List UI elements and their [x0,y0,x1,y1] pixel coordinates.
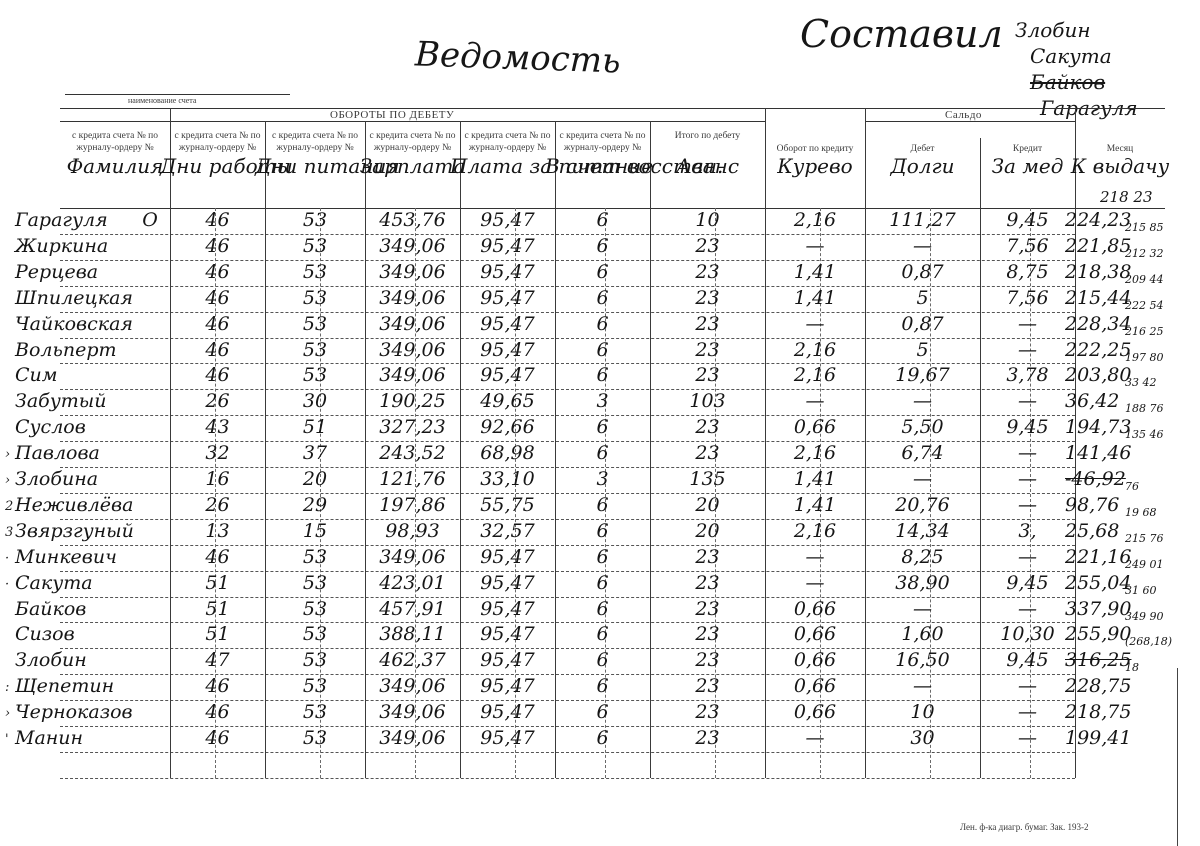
payout-margin-note: 188 76 [1125,402,1164,415]
column-printed-label-advance: Итого по дебету [650,130,765,142]
row-flag: О [140,209,160,231]
cell-account: 6 [555,364,650,386]
cell-mealdays: 53 [265,339,365,361]
cell-debit: — [865,390,980,412]
cell-tobacco: 1,41 [765,287,865,309]
cell-mealdays: 53 [265,675,365,697]
cell-tobacco: — [765,727,865,749]
cell-salary: 349,06 [365,546,460,568]
employee-name: Сим [15,364,58,386]
cell-tobacco: 2,16 [765,339,865,361]
employee-name: Сакута [15,572,93,594]
cell-salary: 349,06 [365,727,460,749]
cell-workdays: 51 [170,572,265,594]
cell-meal_fee: 95,47 [460,339,555,361]
balance-group-title: Сальдо [945,109,982,121]
cell-workdays: 51 [170,598,265,620]
cell-workdays: 32 [170,442,265,464]
cell-salary: 423,01 [365,572,460,594]
row-margin-mark: ' [5,732,9,747]
cell-debit: 16,50 [865,649,980,671]
cell-debit: 30 [865,727,980,749]
cell-advance: 23 [650,287,765,309]
cell-salary: 349,06 [365,287,460,309]
column-printed-label-account: с кредита счета № по журналу-ордеру № [555,130,650,154]
employee-name: Байков [15,598,86,620]
cell-credit: — [980,727,1075,749]
cell-tobacco: — [765,313,865,335]
cell-advance: 103 [650,390,765,412]
cell-mealdays: 37 [265,442,365,464]
cell-credit: 7,56 [980,287,1075,309]
footer-imprint: Лен. ф-ка диагр. бумаг. Зак. 193-2 [960,822,1089,832]
cell-mealdays: 53 [265,649,365,671]
cell-meal_fee: 55,75 [460,494,555,516]
cell-meal_fee: 95,47 [460,546,555,568]
cell-advance: 23 [650,364,765,386]
cell-debit: — [865,675,980,697]
cell-credit: 8,75 [980,261,1075,283]
cell-advance: 23 [650,727,765,749]
cell-tobacco: 2,16 [765,442,865,464]
payout-margin-note: 215 85 [1125,221,1164,234]
row-rule [60,752,1075,753]
payout-margin-note: 249 01 [1125,558,1164,571]
cell-tobacco: 2,16 [765,209,865,231]
payout-margin-note: 31 60 [1125,584,1157,597]
cell-workdays: 26 [170,390,265,412]
cell-advance: 23 [650,572,765,594]
cell-salary: 197,86 [365,494,460,516]
payout-margin-note: 135 46 [1125,428,1164,441]
employee-name: Забутый [15,390,107,412]
cell-advance: 23 [650,339,765,361]
cell-tobacco: 0,66 [765,623,865,645]
cell-account: 6 [555,727,650,749]
cell-credit: 9,45 [980,649,1075,671]
cell-credit: 10,30 [980,623,1075,645]
employee-name: Минкевич [15,546,117,568]
cell-debit: 19,67 [865,364,980,386]
compiled-by-label: Составил [800,12,1003,56]
cell-workdays: 46 [170,287,265,309]
employee-name: Злобин [15,649,87,671]
cell-credit: 3,78 [980,364,1075,386]
employee-name: Шпилецкая [15,287,133,309]
cell-mealdays: 51 [265,416,365,438]
cell-workdays: 46 [170,261,265,283]
cell-account: 6 [555,572,650,594]
cell-meal_fee: 95,47 [460,235,555,257]
cell-account: 6 [555,261,650,283]
cell-credit: — [980,701,1075,723]
cell-advance: 23 [650,701,765,723]
cell-payout: 255,04 [1065,572,1175,594]
column-printed-label-mealdays: с кредита счета № по журналу-ордеру № [265,130,365,154]
compiler-name: Сакута [1030,44,1112,68]
cell-mealdays: 20 [265,468,365,490]
cell-meal_fee: 95,47 [460,364,555,386]
payout-margin-note: 222 54 [1125,299,1164,312]
cell-tobacco: 0,66 [765,416,865,438]
cell-meal_fee: 95,47 [460,572,555,594]
cell-workdays: 46 [170,546,265,568]
cell-salary: 349,06 [365,261,460,283]
cell-mealdays: 53 [265,364,365,386]
row-margin-mark: 3 [5,525,13,540]
balance-group-rule [865,121,1075,122]
cell-advance: 23 [650,675,765,697]
cell-salary: 457,91 [365,598,460,620]
cell-advance: 23 [650,598,765,620]
cell-meal_fee: 95,47 [460,209,555,231]
cell-mealdays: 53 [265,313,365,335]
cell-debit: 20,76 [865,494,980,516]
employee-name: Звярзгуный [15,520,134,542]
payout-margin-note: 215 76 [1125,532,1164,545]
cell-tobacco: 2,16 [765,520,865,542]
scan-edge-line [1177,668,1178,846]
cell-workdays: 46 [170,339,265,361]
employee-name: Павлова [15,442,100,464]
cell-account: 3 [555,468,650,490]
cell-advance: 23 [650,623,765,645]
cell-account: 6 [555,339,650,361]
cell-account: 6 [555,701,650,723]
cell-tobacco: — [765,572,865,594]
cell-debit: 111,27 [865,209,980,231]
cell-advance: 23 [650,235,765,257]
cell-payout: 203,80 [1065,364,1175,386]
cell-salary: 349,06 [365,675,460,697]
employee-name: Гарагуля [15,209,108,231]
cell-account: 6 [555,235,650,257]
cell-debit: 5 [865,287,980,309]
cell-workdays: 46 [170,235,265,257]
cell-workdays: 46 [170,364,265,386]
cell-tobacco: — [765,546,865,568]
cell-tobacco: 0,66 [765,701,865,723]
cell-meal_fee: 95,47 [460,675,555,697]
ledger-table: ОБОРОТЫ ПО ДЕБЕТУСальдос кредита счета №… [60,108,1165,810]
cell-account: 6 [555,675,650,697]
cell-tobacco: — [765,390,865,412]
employee-name: Черноказов [15,701,133,723]
cell-mealdays: 53 [265,546,365,568]
payout-margin-note: 197 80 [1125,351,1164,364]
cell-meal_fee: 95,47 [460,313,555,335]
compiler-name: Злобин [1015,18,1091,42]
payout-margin-note: (268,18) [1125,635,1172,648]
cell-credit: — [980,546,1075,568]
cell-debit: 14,34 [865,520,980,542]
employee-name: Рерцева [15,261,98,283]
cell-account: 6 [555,494,650,516]
employee-name: Манин [15,727,83,749]
cell-payout: 199,41 [1065,727,1175,749]
row-rule [60,778,1075,779]
cell-mealdays: 53 [265,261,365,283]
cell-account: 6 [555,623,650,645]
cell-debit: 5,50 [865,416,980,438]
cell-debit: 0,87 [865,261,980,283]
payout-margin-note: 216 25 [1125,325,1164,338]
payout-margin-note: 33 42 [1125,376,1157,389]
cell-meal_fee: 95,47 [460,261,555,283]
cell-meal_fee: 95,47 [460,598,555,620]
cell-workdays: 46 [170,313,265,335]
cell-salary: 349,06 [365,701,460,723]
cell-tobacco: 0,66 [765,598,865,620]
cell-account: 3 [555,390,650,412]
cell-account: 6 [555,649,650,671]
cell-advance: 23 [650,442,765,464]
debit-turnover-group-title: ОБОРОТЫ ПО ДЕБЕТУ [330,109,454,121]
cell-credit: — [980,390,1075,412]
cell-payout: 141,46 [1065,442,1175,464]
cell-salary: 327,23 [365,416,460,438]
cell-salary: 349,06 [365,339,460,361]
cell-credit: 9,45 [980,572,1075,594]
cell-salary: 349,06 [365,364,460,386]
cell-debit: 38,90 [865,572,980,594]
payout-margin-note: 209 44 [1125,273,1164,286]
cell-credit: 3, [980,520,1075,542]
cell-mealdays: 53 [265,598,365,620]
cell-credit: — [980,468,1075,490]
cell-salary: 462,37 [365,649,460,671]
payout-top-note: 218 23 [1100,188,1153,206]
employee-name: Вольперт [15,339,117,361]
cell-mealdays: 53 [265,623,365,645]
cell-debit: 1,60 [865,623,980,645]
cell-tobacco: 0,66 [765,675,865,697]
cell-payout: -46,92 [1065,468,1175,490]
cell-workdays: 13 [170,520,265,542]
cell-salary: 243,52 [365,442,460,464]
cell-workdays: 51 [170,623,265,645]
cell-advance: 20 [650,494,765,516]
cell-credit: — [980,442,1075,464]
row-margin-mark: › [5,473,10,488]
cell-workdays: 46 [170,209,265,231]
row-margin-mark: : [5,680,9,695]
cell-workdays: 26 [170,494,265,516]
row-margin-mark: · [5,551,9,566]
employee-name: Чайковская [15,313,133,335]
cell-salary: 388,11 [365,623,460,645]
cell-mealdays: 53 [265,727,365,749]
payout-margin-note: 212 32 [1125,247,1164,260]
cell-salary: 121,76 [365,468,460,490]
cell-meal_fee: 32,57 [460,520,555,542]
cell-meal_fee: 33,10 [460,468,555,490]
cell-tobacco: 1,41 [765,494,865,516]
payout-margin-note: 19 68 [1125,506,1157,519]
cell-salary: 349,06 [365,235,460,257]
cell-account: 6 [555,416,650,438]
cell-credit: 9,45 [980,209,1075,231]
cell-credit: 7,56 [980,235,1075,257]
cell-advance: 23 [650,261,765,283]
cell-mealdays: 53 [265,572,365,594]
cell-mealdays: 53 [265,235,365,257]
account-name-caption: наименование счета [128,96,196,105]
cell-meal_fee: 95,47 [460,649,555,671]
cell-advance: 23 [650,313,765,335]
employee-name: Сизов [15,623,75,645]
employee-name: Неживлёва [15,494,133,516]
payout-margin-note: 76 [1125,480,1139,493]
cell-workdays: 46 [170,701,265,723]
cell-tobacco: — [765,235,865,257]
cell-meal_fee: 68,98 [460,442,555,464]
cell-salary: 190,25 [365,390,460,412]
cell-credit: 9,45 [980,416,1075,438]
cell-credit: — [980,339,1075,361]
cell-workdays: 16 [170,468,265,490]
cell-workdays: 46 [170,675,265,697]
cell-mealdays: 53 [265,701,365,723]
cell-advance: 10 [650,209,765,231]
payout-margin-note: 349 90 [1125,610,1164,623]
column-printed-label-salary: с кредита счета № по журналу-ордеру № [365,130,460,154]
group-rule [60,121,765,122]
cell-advance: 23 [650,546,765,568]
cell-credit: — [980,675,1075,697]
cell-account: 6 [555,209,650,231]
cell-credit: — [980,598,1075,620]
column-handwritten-label-payout: К выдачу [1065,154,1175,178]
cell-workdays: 43 [170,416,265,438]
cell-payout: 316,25 [1065,649,1175,671]
row-margin-mark: · [5,577,9,592]
cell-salary: 453,76 [365,209,460,231]
employee-name: Жиркина [15,235,108,257]
cell-credit: — [980,313,1075,335]
cell-payout: 218,75 [1065,701,1175,723]
cell-payout: 98,76 [1065,494,1175,516]
cell-salary: 349,06 [365,313,460,335]
cell-payout: 228,75 [1065,675,1175,697]
cell-tobacco: 2,16 [765,364,865,386]
cell-mealdays: 30 [265,390,365,412]
cell-advance: 23 [650,649,765,671]
cell-meal_fee: 95,47 [460,701,555,723]
cell-meal_fee: 95,47 [460,727,555,749]
row-margin-mark: › [5,706,10,721]
cell-advance: 135 [650,468,765,490]
cell-mealdays: 15 [265,520,365,542]
cell-account: 6 [555,442,650,464]
cell-account: 6 [555,287,650,309]
cell-debit: 0,87 [865,313,980,335]
cell-account: 6 [555,520,650,542]
cell-account: 6 [555,313,650,335]
cell-mealdays: 53 [265,209,365,231]
employee-name: Щепетин [15,675,114,697]
cell-debit: — [865,468,980,490]
column-printed-label-workdays: с кредита счета № по журналу-ордеру № [170,130,265,154]
cell-tobacco: 1,41 [765,261,865,283]
cell-meal_fee: 95,47 [460,623,555,645]
cell-workdays: 47 [170,649,265,671]
employee-name: Суслов [15,416,86,438]
cell-debit: 6,74 [865,442,980,464]
cell-account: 6 [555,598,650,620]
cell-debit: — [865,235,980,257]
cell-tobacco: 0,66 [765,649,865,671]
cell-mealdays: 29 [265,494,365,516]
row-margin-mark: 2 [5,499,13,514]
cell-credit: — [980,494,1075,516]
cell-meal_fee: 49,65 [460,390,555,412]
cell-debit: 10 [865,701,980,723]
cell-account: 6 [555,546,650,568]
document-title: Ведомость [414,34,621,81]
cell-advance: 23 [650,416,765,438]
cell-tobacco: 1,41 [765,468,865,490]
cell-meal_fee: 95,47 [460,287,555,309]
cell-debit: 8,25 [865,546,980,568]
cell-advance: 20 [650,520,765,542]
account-name-line [65,94,290,95]
cell-meal_fee: 92,66 [460,416,555,438]
column-printed-label-meal_fee: с кредита счета № по журналу-ордеру № [460,130,555,154]
payout-margin-note: 18 [1125,661,1139,674]
column-printed-label-name: с кредита счета № по журналу-ордеру № [60,130,170,154]
cell-debit: 5 [865,339,980,361]
cell-mealdays: 53 [265,287,365,309]
employee-name: Злобина [15,468,98,490]
compiler-name: Байков [1030,70,1105,94]
table-top-rule [60,108,1165,109]
row-margin-mark: › [5,447,10,462]
cell-salary: 98,93 [365,520,460,542]
cell-debit: — [865,598,980,620]
cell-workdays: 46 [170,727,265,749]
